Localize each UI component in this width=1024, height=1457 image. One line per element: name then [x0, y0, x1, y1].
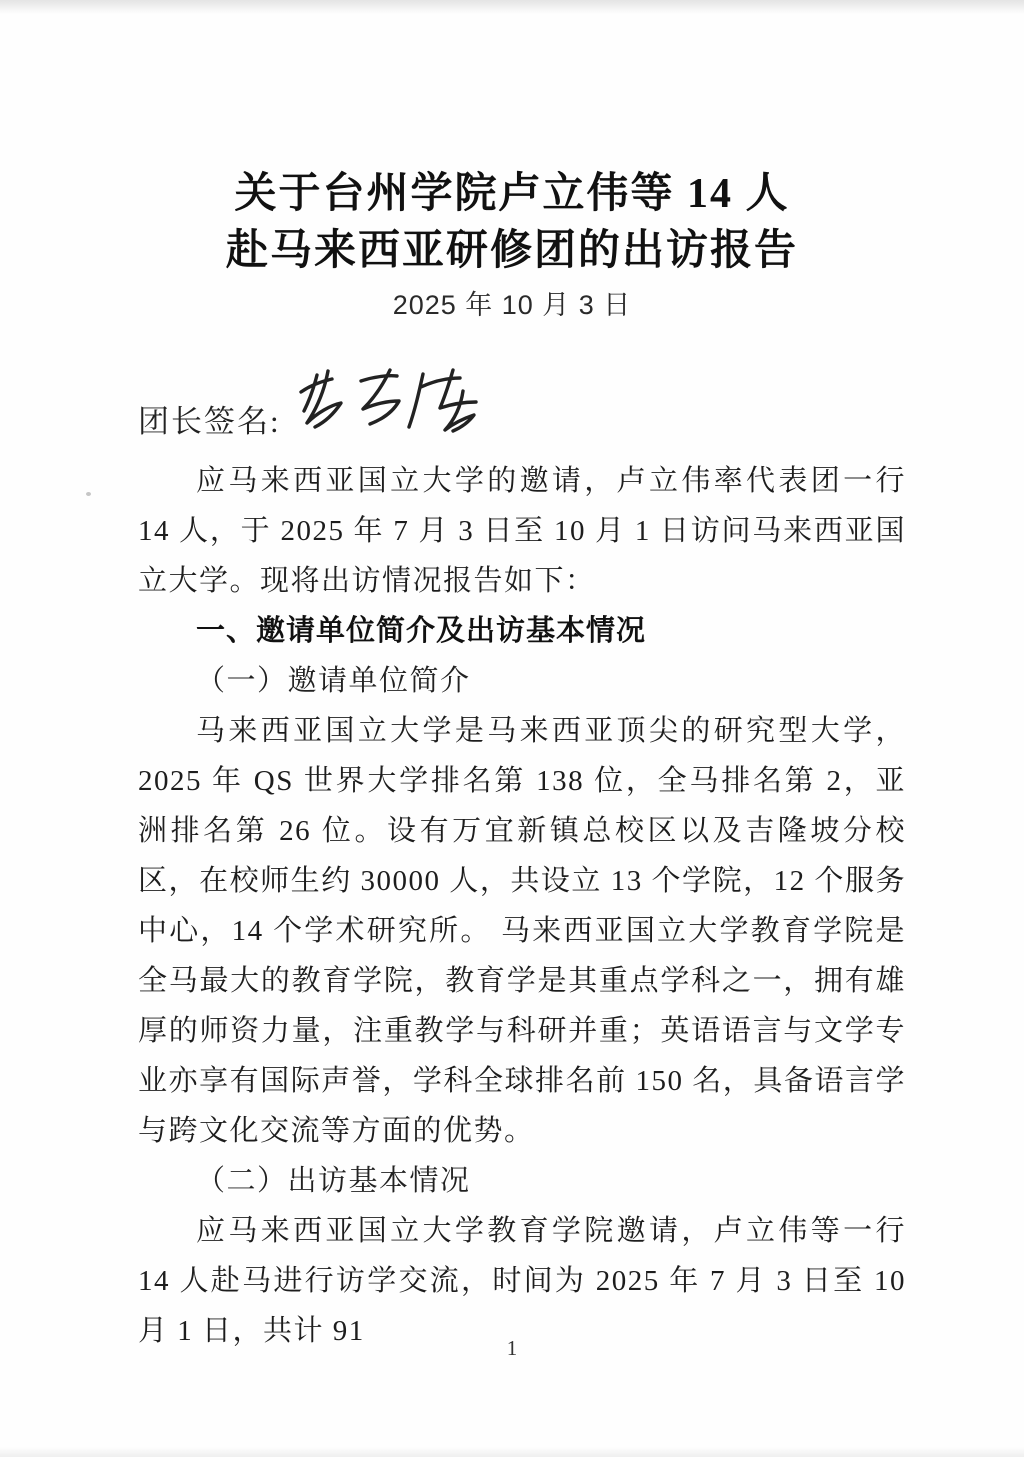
page-number: 1 [0, 1336, 1024, 1361]
signature-ink-svg [295, 365, 505, 437]
signature-label: 团长签名: [138, 400, 281, 444]
document-title: 关于台州学院卢立伟等 14 人 赴马来西亚研修团的出访报告 [0, 166, 1024, 280]
paragraph-intro: 应马来西亚国立大学的邀请，卢立伟率代表团一行 14 人，于 2025 年 7 月… [138, 456, 906, 606]
handwritten-signature [295, 365, 505, 442]
document-page: 关于台州学院卢立伟等 14 人 赴马来西亚研修团的出访报告 2025 年 10 … [0, 0, 1024, 1457]
scan-artifact-speck [86, 492, 91, 496]
scan-artifact-bottom-edge [0, 1447, 1024, 1457]
document-body: 应马来西亚国立大学的邀请，卢立伟率代表团一行 14 人，于 2025 年 7 月… [0, 456, 1024, 1356]
subsection-heading-1: （一）邀请单位简介 [138, 656, 906, 706]
signature-row: 团长签名: [0, 372, 1024, 444]
section-heading-1: 一、邀请单位简介及出访基本情况 [138, 606, 906, 656]
paragraph-university-intro: 马来西亚国立大学是马来西亚顶尖的研究型大学，2025 年 QS 世界大学排名第 … [138, 706, 906, 1156]
document-date: 2025 年 10 月 3 日 [0, 288, 1024, 322]
title-line-1: 关于台州学院卢立伟等 14 人 [0, 166, 1024, 223]
subsection-heading-2: （二）出访基本情况 [138, 1156, 906, 1206]
title-line-2: 赴马来西亚研修团的出访报告 [0, 223, 1024, 280]
paragraph-visit-basics: 应马来西亚国立大学教育学院邀请，卢立伟等一行 14 人赴马进行访学交流，时间为 … [138, 1206, 906, 1356]
scan-artifact-top-edge [0, 0, 1024, 14]
